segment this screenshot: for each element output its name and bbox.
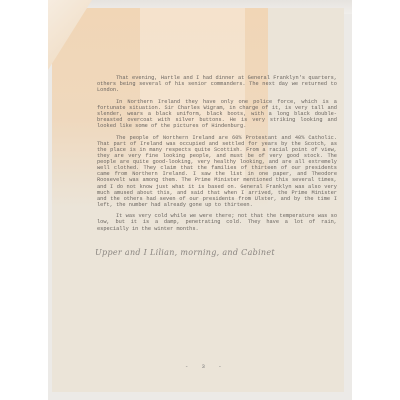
paragraph: It was very cold while we were there; no…	[97, 213, 337, 231]
paragraph: In Northern Ireland they have only one p…	[97, 99, 337, 129]
handwritten-note: Upper and I Lilian, morning, and Cabinet	[95, 248, 275, 257]
paragraph: The people of Northern Ireland are 60% P…	[97, 135, 337, 208]
page-number: - 3 -	[185, 363, 227, 370]
typewritten-body: That evening, Hartle and I had dinner at…	[97, 75, 337, 237]
paragraph: That evening, Hartle and I had dinner at…	[97, 75, 337, 93]
